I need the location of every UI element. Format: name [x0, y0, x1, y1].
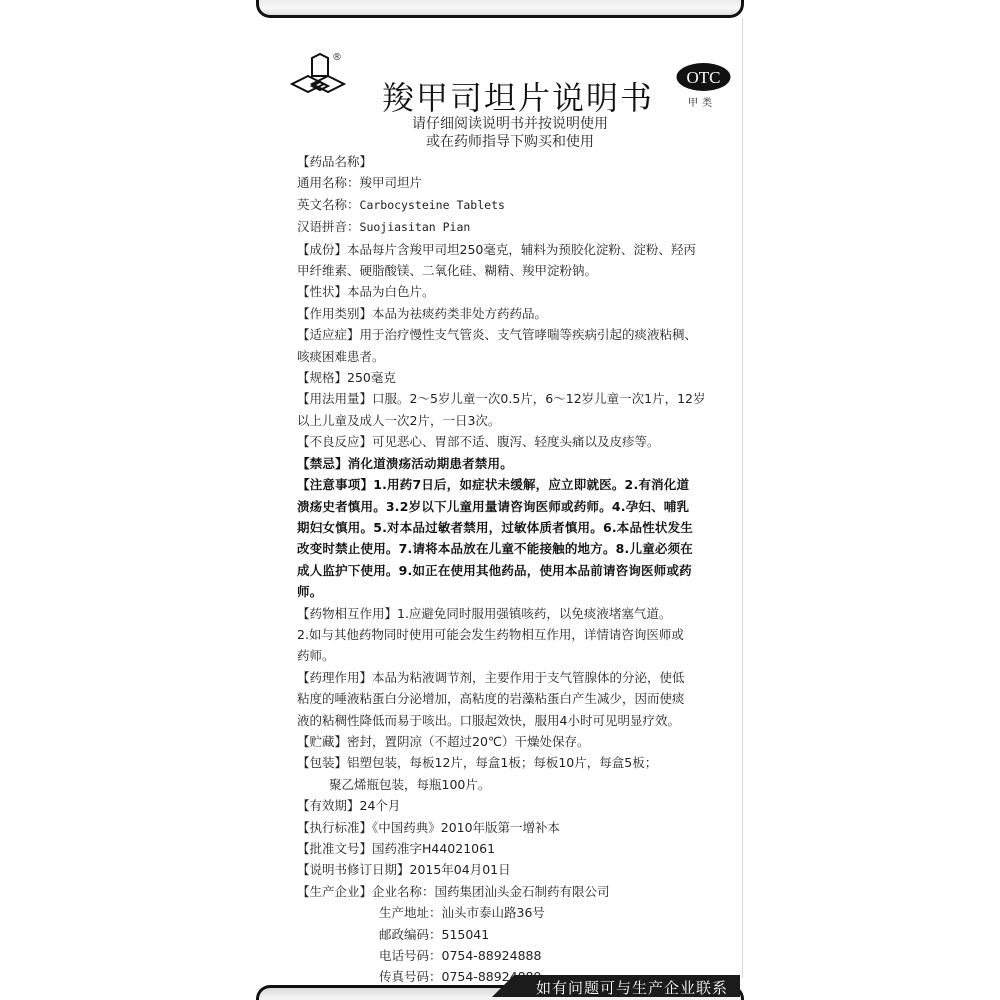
- subtitle-line-2: 或在药师指导下购买和使用: [360, 131, 660, 151]
- pinyin-label: 汉语拼音：: [297, 219, 360, 234]
- precautions-line-6: 师。: [297, 581, 727, 602]
- otc-class-label: 甲类: [688, 94, 716, 109]
- manufacturer-name: 【生产企业】企业名称：国药集团汕头金石制药有限公司: [297, 881, 727, 902]
- generic-name: 通用名称：羧甲司坦片: [297, 172, 727, 193]
- manufacturer-address: 生产地址：汕头市泰山路36号: [297, 902, 727, 923]
- dosage-line-2: 以上儿童及成人一次2片，一日3次。: [297, 410, 727, 431]
- english-name-value: Carbocysteine Tablets: [360, 198, 505, 212]
- leaflet-body: 【药品名称】 通用名称：羧甲司坦片 英文名称：Carbocysteine Tab…: [297, 151, 727, 988]
- revision-date: 【说明书修订日期】2015年04月01日: [297, 859, 727, 880]
- interactions-line-3: 药师。: [297, 645, 727, 666]
- ingredients-line-1: 【成份】本品每片含羧甲司坦250毫克，辅料为预胶化淀粉、淀粉、羟丙: [297, 239, 727, 260]
- storage: 【贮藏】密封，置阴凉（不超过20℃）干燥处保存。: [297, 731, 727, 752]
- registered-trademark-mark: ®: [332, 52, 342, 63]
- packaging-line-2: 聚乙烯瓶包装，每瓶100片。: [297, 774, 727, 795]
- english-name-label: 英文名称：: [297, 197, 360, 212]
- shelf-life: 【有效期】24个月: [297, 795, 727, 816]
- category: 【作用类别】本品为祛痰药类非处方药药品。: [297, 303, 727, 324]
- contraindications: 【禁忌】消化道溃疡活动期患者禁用。: [297, 453, 727, 474]
- otc-badge-icon: OTC: [676, 62, 731, 92]
- top-frame-border: [256, 0, 744, 18]
- drug-name-heading: 【药品名称】: [297, 151, 727, 172]
- indications-line-1: 【适应症】用于治疗慢性支气管炎、支气管哮喘等疾病引起的痰液粘稠、: [297, 324, 727, 345]
- ingredients-line-2: 甲纤维素、硬脂酸镁、二氧化硅、糊精、羧甲淀粉钠。: [297, 260, 727, 281]
- otc-badge-text: OTC: [687, 68, 721, 87]
- packaging-line-1: 【包装】铝塑包装，每板12片，每盒1板；每板10片，每盒5板；: [297, 752, 727, 773]
- indications-line-2: 咳痰困难患者。: [297, 346, 727, 367]
- pharmacology-line-1: 【药理作用】本品为粘液调节剂，主要作用于支气管腺体的分泌，使低: [297, 667, 727, 688]
- interactions-line-1: 【药物相互作用】1.应避免同时服用强镇咳药，以免痰液堵塞气道。: [297, 603, 727, 624]
- pharmacology-line-3: 液的粘稠性降低而易于咳出。口服起效快，服用4小时可见明显疗效。: [297, 710, 727, 731]
- manufacturer-phone: 电话号码：0754-88924888: [297, 945, 727, 966]
- standard: 【执行标准】《中国药典》2010年版第一增补本: [297, 817, 727, 838]
- precautions-line-3: 期妇女慎用。5.对本品过敏者禁用，过敏体质者慎用。6.本品性状发生: [297, 517, 727, 538]
- manufacturer-postcode: 邮政编码：515041: [297, 924, 727, 945]
- pinyin-value: Suojiasitan Pian: [360, 220, 471, 234]
- dosage-line-1: 【用法用量】口服。2～5岁儿童一次0.5片，6～12岁儿童一次1片，12岁: [297, 388, 727, 409]
- precautions-line-4: 改变时禁止使用。7.请将本品放在儿童不能接触的地方。8.儿童必须在: [297, 538, 727, 559]
- specification: 【规格】250毫克: [297, 367, 727, 388]
- precautions-line-1: 【注意事项】1.用药7日后，如症状未缓解，应立即就医。2.有消化道: [297, 474, 727, 495]
- approval-number: 【批准文号】国药准字H44021061: [297, 838, 727, 859]
- page-edge-rule: [742, 18, 743, 978]
- pinyin-row: 汉语拼音：Suojiasitan Pian: [297, 216, 727, 238]
- english-name-row: 英文名称：Carbocysteine Tablets: [297, 194, 727, 216]
- pharmacology-line-2: 粘度的唾液粘蛋白分泌增加，高粘度的岩藻粘蛋白产生减少，因而使痰: [297, 688, 727, 709]
- contact-note: 如有问题可与生产企业联系: [536, 977, 728, 998]
- adverse-reactions: 【不良反应】可见恶心、胃部不适、腹泻、轻度头痛以及皮疹等。: [297, 431, 727, 452]
- subtitle-line-1: 请仔细阅读说明书并按说明使用: [360, 113, 660, 133]
- appearance: 【性状】本品为白色片。: [297, 281, 727, 302]
- interactions-line-2: 2.如与其他药物同时使用可能会发生药物相互作用，详情请咨询医师或: [297, 624, 727, 645]
- precautions-line-2: 溃疡史者慎用。3.2岁以下儿童用量请咨询医师或药师。4.孕妇、哺乳: [297, 496, 727, 517]
- precautions-line-5: 成人监护下使用。9.如正在使用其他药品，使用本品前请咨询医师或药: [297, 560, 727, 581]
